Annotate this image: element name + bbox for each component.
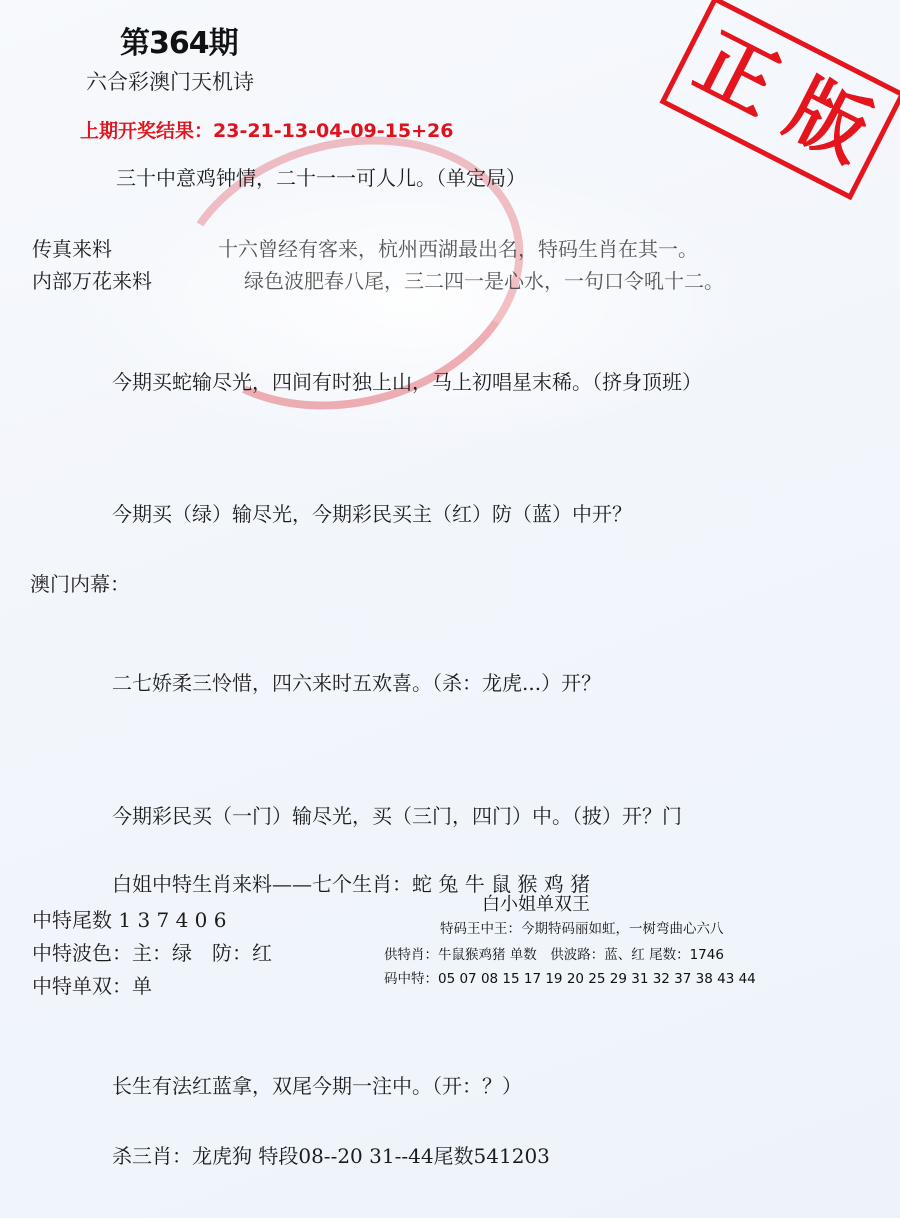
stamp-char-2: 版 xyxy=(776,69,881,174)
internal-label: 内部万花来料 xyxy=(32,265,152,294)
poem-line-5: 今期彩民买（一门）输尽光，买（三门，四门）中。（披）开？门 xyxy=(112,800,682,829)
wave-color: 中特波色：主：绿 防：红 xyxy=(32,937,272,966)
internal-text: 绿色波肥春八尾，三二四一是心水，一句口令吼十二。 xyxy=(244,265,724,294)
tail-numbers: 中特尾数 1 3 7 4 0 6 xyxy=(32,904,227,933)
box-line-2: 供特肖：牛鼠猴鸡猪 单数 供波路：蓝、红 尾数：1746 xyxy=(384,943,724,963)
fax-text: 十六曾经有客来，杭州西湖最出名，特码生肖在其一。 xyxy=(218,233,698,262)
poem-line-2: 今期买蛇输尽光，四间有时独上山，马上初唱星末稀。（挤身顶班） xyxy=(112,366,702,395)
fax-label: 传真来料 xyxy=(32,233,112,262)
box-title: 白小姐单双王 xyxy=(482,890,590,916)
poem-line-3: 今期买（绿）输尽光，今期彩民买主（红）防（蓝）中开？ xyxy=(112,498,632,527)
footer-line-2: 杀三肖：龙虎狗 特段08--20 31--44尾数541203 xyxy=(112,1140,550,1169)
poem-line-1: 三十中意鸡钟情，二十一一可人儿。（单定局） xyxy=(116,162,526,191)
subtitle: 六合彩澳门天机诗 xyxy=(86,66,254,96)
poem-line-4: 二七娇柔三怜惜，四六来时五欢喜。（杀：龙虎...）开？ xyxy=(112,667,601,696)
issue-title: 第364期 xyxy=(120,18,238,62)
box-line-3: 码中特：05 07 08 15 17 19 20 25 29 31 32 37 … xyxy=(384,967,756,987)
footer-line-1: 长生有法红蓝拿，双尾今期一注中。（开：？） xyxy=(112,1070,522,1099)
stamp-char-1: 正 xyxy=(684,22,789,127)
authentic-stamp: 正 版 xyxy=(659,0,900,200)
macau-inside-label: 澳门内幕： xyxy=(30,568,130,597)
odd-even: 中特单双：单 xyxy=(32,970,152,999)
last-result: 上期开奖结果：23-21-13-04-09-15+26 xyxy=(80,116,453,143)
box-line-1: 特码王中王：今期特码丽如虹，一树弯曲心六八 xyxy=(440,917,724,937)
last-result-numbers: 23-21-13-04-09-15+26 xyxy=(213,120,453,142)
last-result-label: 上期开奖结果： xyxy=(80,120,213,142)
